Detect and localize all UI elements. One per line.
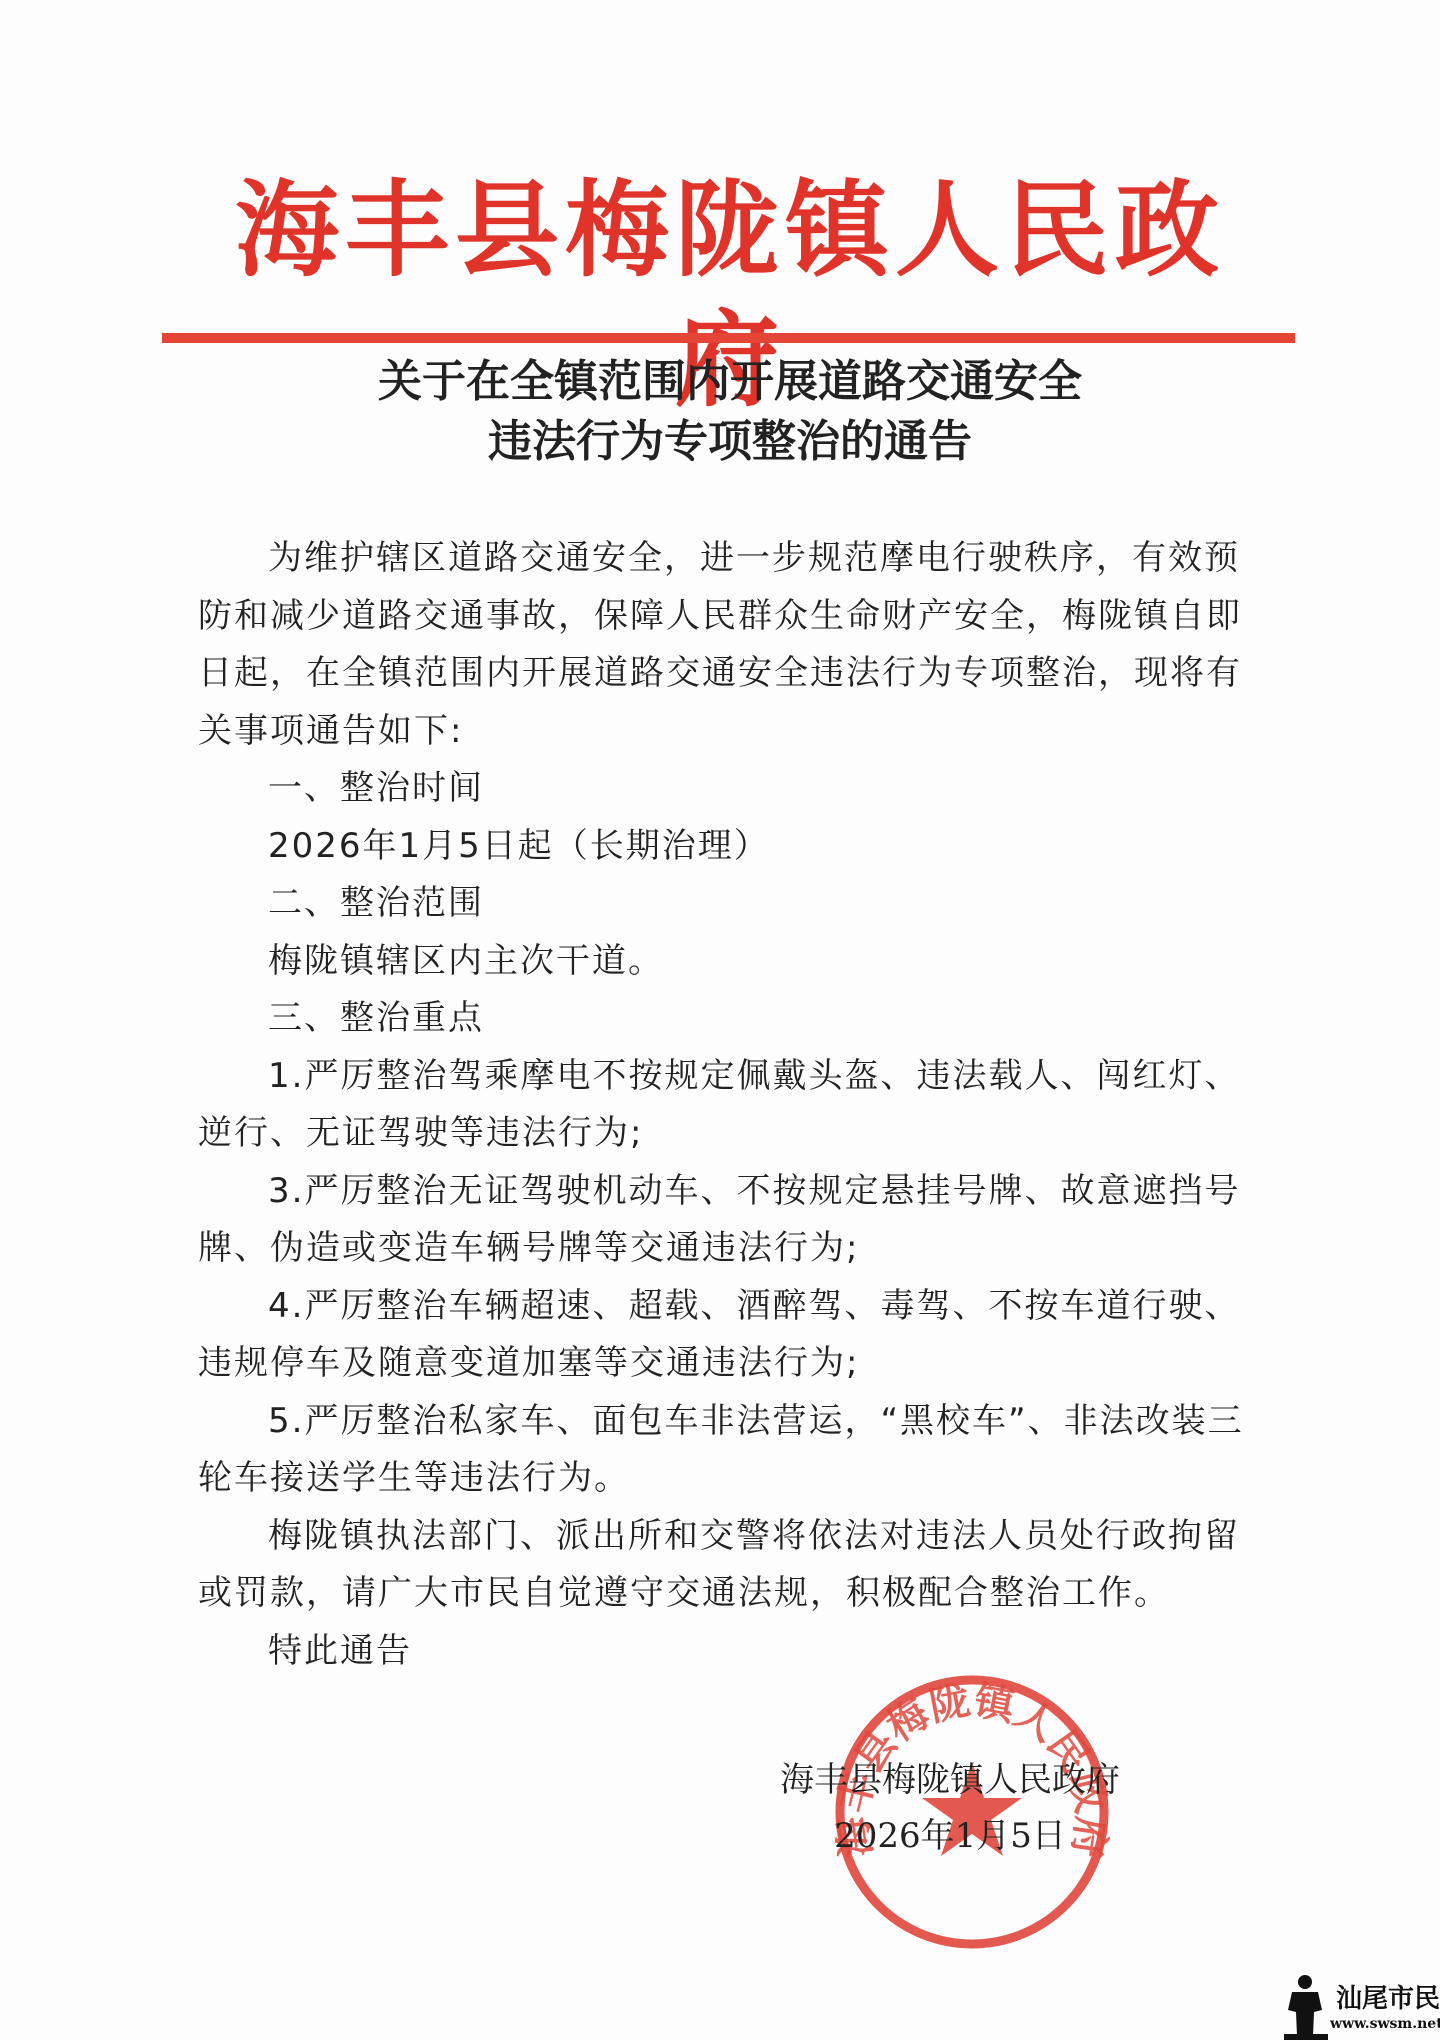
section-heading-time: 一、整治时间 — [198, 760, 1268, 818]
signature-block: 海丰县梅陇镇人民政府 2026年1月5日 — [740, 1752, 1160, 1864]
focus-item: 4.严厉整治车辆超速、超载、酒醉驾、毒驾、不按车道行驶、违规停车及随意变道加塞等… — [198, 1278, 1268, 1393]
focus-item: 5.严厉整治私家车、面包车非法营运，“黑校车”、非法改装三轮车接送学生等违法行为… — [198, 1393, 1268, 1508]
intro-paragraph: 为维护辖区道路交通安全，进一步规范摩电行驶秩序，有效预防和减少道路交通事故，保障… — [198, 530, 1268, 760]
section-heading-scope: 二、整治范围 — [198, 875, 1268, 933]
signature-org: 海丰县梅陇镇人民政府 — [740, 1752, 1160, 1808]
title-line-1: 关于在全镇范围内开展道路交通安全 — [190, 352, 1270, 412]
document-title: 关于在全镇范围内开展道路交通安全 违法行为专项整治的通告 — [190, 352, 1270, 472]
site-watermark: 汕尾市民网 www.swsm.net — [1278, 1970, 1440, 2040]
focus-item: 3.严厉整治无证驾驶机动车、不按规定悬挂号牌、故意遮挡号牌、伪造或变造车辆号牌等… — [198, 1163, 1268, 1278]
document-body: 为维护辖区道路交通安全，进一步规范摩电行驶秩序，有效预防和减少道路交通事故，保障… — [198, 530, 1268, 1680]
section-content-scope: 梅陇镇辖区内主次干道。 — [198, 933, 1268, 991]
person-silhouette-icon — [1280, 1970, 1330, 2040]
section-heading-focus: 三、整治重点 — [198, 990, 1268, 1048]
watermark-url: www.swsm.net — [1330, 2016, 1440, 2032]
watermark-name: 汕尾市民网 — [1336, 1978, 1440, 2015]
signature-date: 2026年1月5日 — [740, 1808, 1160, 1864]
section-content-time: 2026年1月5日起（长期治理） — [198, 818, 1268, 876]
focus-item: 1.严厉整治驾乘摩电不按规定佩戴头盔、违法载人、闯红灯、逆行、无证驾驶等违法行为… — [198, 1048, 1268, 1163]
closing-paragraph: 梅陇镇执法部门、派出所和交警将依法对违法人员处行政拘留或罚款，请广大市民自觉遵守… — [198, 1508, 1268, 1623]
title-line-2: 违法行为专项整治的通告 — [190, 412, 1270, 472]
notice-document: 海丰县梅陇镇人民政府 关于在全镇范围内开展道路交通安全 违法行为专项整治的通告 … — [0, 0, 1440, 2040]
red-divider — [162, 333, 1295, 343]
